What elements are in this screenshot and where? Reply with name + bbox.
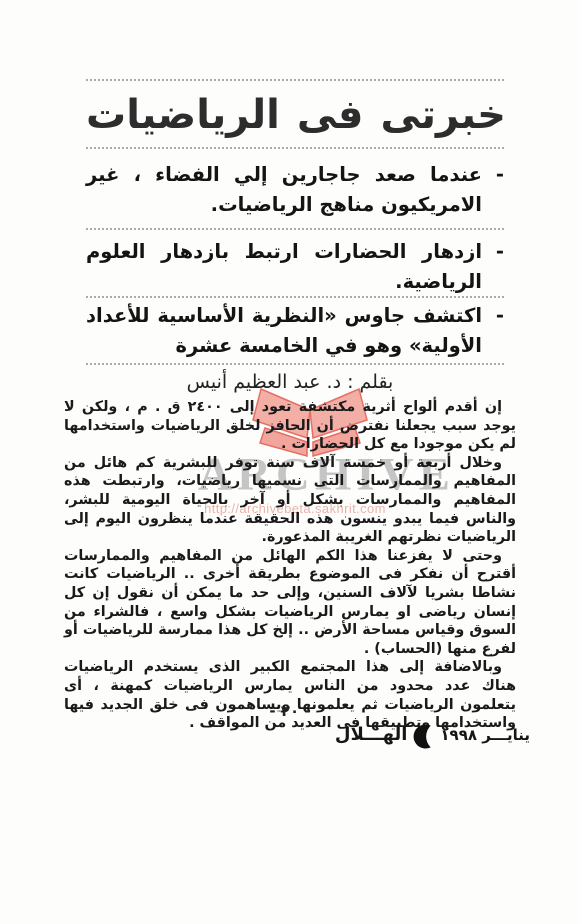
byline: بقلم : د. عبد العظيم أنيس: [90, 371, 490, 393]
scanned-magazine-page: ARCHIVE http://archivebeta.sakhrit.com خ…: [0, 0, 580, 924]
bullet-text: ازدهار الحضارات ارتبط بازدهار العلوم الر…: [86, 240, 482, 293]
bullet-dash: -: [496, 301, 504, 331]
separator-rule: [86, 296, 506, 298]
bullet-text: عندما صعد جاجارين إلي الفضاء ، غير الامر…: [86, 163, 482, 216]
bullet-dash: -: [496, 237, 504, 267]
magazine-name: الهـــلال: [335, 724, 408, 745]
page-content: خبرتى فى الرياضيات - عندما صعد جاجارين إ…: [0, 0, 580, 924]
paragraph: وخلال أربعة أو خمسة آلاف سنة توفر للبشري…: [64, 454, 516, 547]
paragraph: وحتى لا يفزعنا هذا الكم الهائل من المفاه…: [64, 547, 516, 659]
footer: الهـــلال ينايـــر ١٩٩٨: [335, 719, 530, 750]
separator-rule: [86, 363, 506, 365]
highlight-item: - ازدهار الحضارات ارتبط بازدهار العلوم ا…: [86, 237, 506, 297]
separator-rule: [86, 79, 506, 81]
separator-rule: [86, 228, 506, 230]
highlight-item: - اكتشف جاوس «النظرية الأساسية للأعداد ا…: [86, 301, 506, 361]
crescent-moon-icon: [412, 723, 435, 750]
article-body: إن أقدم ألواح أثرية مكتشفة تعود إلى ٢٤٠٠…: [64, 398, 516, 733]
bullet-dash: -: [496, 160, 504, 190]
page-number: - ٢٠ -: [0, 702, 580, 720]
paragraph: إن أقدم ألواح أثرية مكتشفة تعود إلى ٢٤٠٠…: [64, 398, 516, 454]
page-title: خبرتى فى الرياضيات: [86, 88, 506, 144]
highlight-item: - عندما صعد جاجارين إلي الفضاء ، غير الا…: [86, 160, 506, 220]
bullet-text: اكتشف جاوس «النظرية الأساسية للأعداد الأ…: [86, 304, 482, 357]
issue-date: ينايـــر ١٩٩٨: [440, 726, 530, 744]
separator-rule: [86, 147, 506, 149]
